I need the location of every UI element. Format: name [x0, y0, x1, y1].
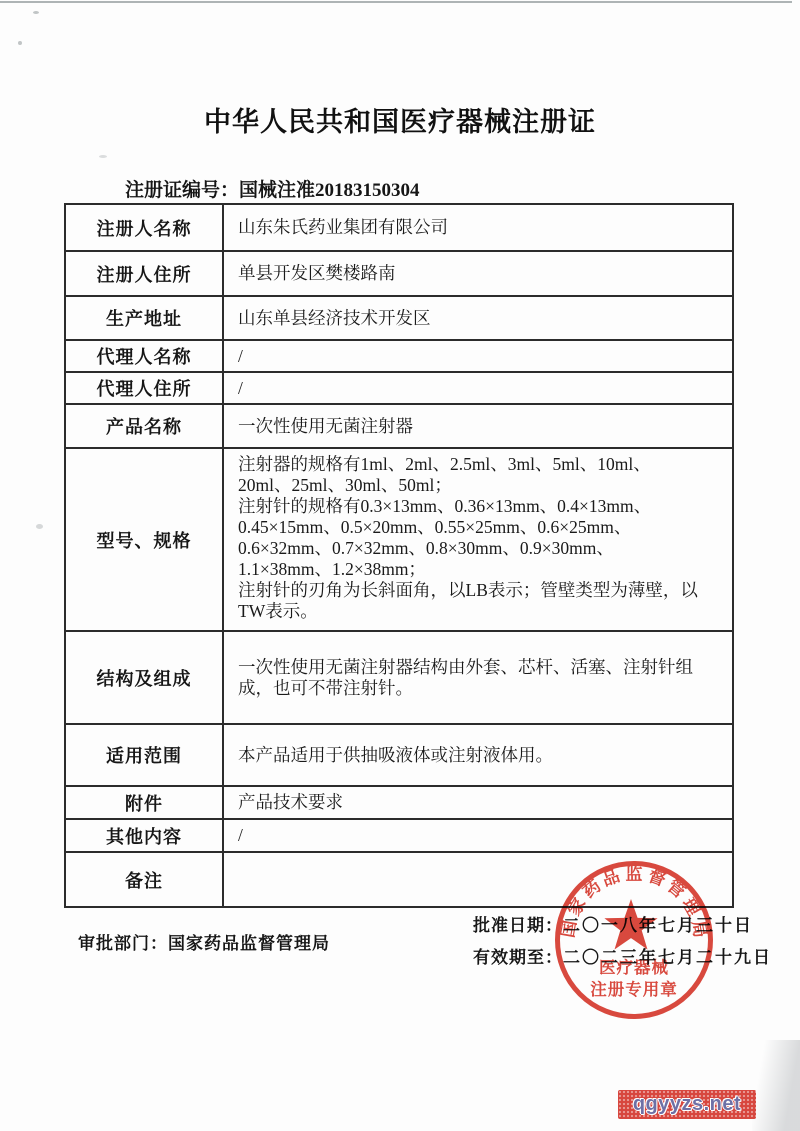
approval-date-label: 批准日期： — [473, 916, 563, 935]
row-label: 注册人住所 — [66, 252, 224, 295]
row-value: 单县开发区樊楼路南 — [224, 252, 732, 295]
table-row: 型号、规格 注射器的规格有1ml、2ml、2.5ml、3ml、5ml、10ml、… — [66, 449, 732, 632]
scan-speck — [36, 524, 43, 529]
cert-number-line: 注册证编号：国械注准20183150304 — [125, 175, 420, 202]
row-value: 山东单县经济技术开发区 — [224, 297, 732, 339]
certificate-table: 注册人名称 山东朱氏药业集团有限公司 注册人住所 单县开发区樊楼路南 生产地址 … — [64, 203, 734, 908]
table-row: 注册人住所 单县开发区樊楼路南 — [66, 252, 732, 297]
table-row: 代理人名称 / — [66, 341, 732, 373]
row-label: 型号、规格 — [66, 449, 224, 630]
row-label: 生产地址 — [66, 297, 224, 339]
cert-number-label: 注册证编号： — [125, 180, 239, 201]
row-value: 产品技术要求 — [224, 787, 732, 818]
row-label: 产品名称 — [66, 405, 224, 447]
table-row: 代理人住所 / — [66, 373, 732, 405]
stamp-text-line1: 医疗器械 — [555, 960, 713, 977]
scan-speck — [18, 41, 22, 45]
row-value: 一次性使用无菌注射器 — [224, 405, 732, 447]
watermark: qgyyzs.net — [618, 1090, 756, 1119]
scan-speck — [99, 155, 107, 158]
certificate-page: 中华人民共和国医疗器械注册证 注册证编号：国械注准20183150304 国家药… — [0, 0, 800, 1131]
table-row: 其他内容 / — [66, 820, 732, 853]
row-label: 注册人名称 — [66, 205, 224, 250]
table-row: 注册人名称 山东朱氏药业集团有限公司 — [66, 205, 732, 252]
table-row: 产品名称 一次性使用无菌注射器 — [66, 405, 732, 449]
row-value: / — [224, 820, 732, 851]
row-value: / — [224, 341, 732, 371]
approval-department: 审批部门：国家药品监督管理局 — [78, 929, 330, 954]
row-value: 山东朱氏药业集团有限公司 — [224, 205, 732, 250]
row-value: 注射器的规格有1ml、2ml、2.5ml、3ml、5ml、10ml、 20ml、… — [224, 449, 732, 630]
stamp: 国家药品监督管理局 医疗器械 注册专用章 — [555, 861, 713, 1019]
scan-edge-line — [0, 1, 792, 3]
row-label: 结构及组成 — [66, 632, 224, 723]
row-label: 附件 — [66, 787, 224, 818]
cert-number-value: 国械注准20183150304 — [239, 180, 420, 201]
table-row: 生产地址 山东单县经济技术开发区 — [66, 297, 732, 341]
row-value: / — [224, 373, 732, 403]
stamp-text-line2: 注册专用章 — [555, 982, 713, 999]
row-value: 本产品适用于供抽吸液体或注射液体用。 — [224, 725, 732, 785]
valid-until-label: 有效期至： — [473, 948, 563, 967]
stamp-star-icon — [604, 899, 658, 951]
row-label: 适用范围 — [66, 725, 224, 785]
approval-department-value: 国家药品监督管理局 — [168, 934, 330, 953]
page-title: 中华人民共和国医疗器械注册证 — [0, 100, 800, 139]
table-row: 附件 产品技术要求 — [66, 787, 732, 820]
scan-speck — [33, 11, 39, 14]
row-label: 代理人名称 — [66, 341, 224, 371]
row-label: 备注 — [66, 853, 224, 906]
table-row: 适用范围 本产品适用于供抽吸液体或注射液体用。 — [66, 725, 732, 787]
table-row: 结构及组成 一次性使用无菌注射器结构由外套、芯杆、活塞、注射针组 成，也可不带注… — [66, 632, 732, 725]
row-label: 代理人住所 — [66, 373, 224, 403]
watermark-text: qgyyzs.net — [633, 1093, 741, 1116]
row-value: 一次性使用无菌注射器结构由外套、芯杆、活塞、注射针组 成，也可不带注射针。 — [224, 632, 732, 723]
scan-corner-shade — [752, 1040, 800, 1131]
row-label: 其他内容 — [66, 820, 224, 851]
approval-department-label: 审批部门： — [78, 934, 168, 953]
